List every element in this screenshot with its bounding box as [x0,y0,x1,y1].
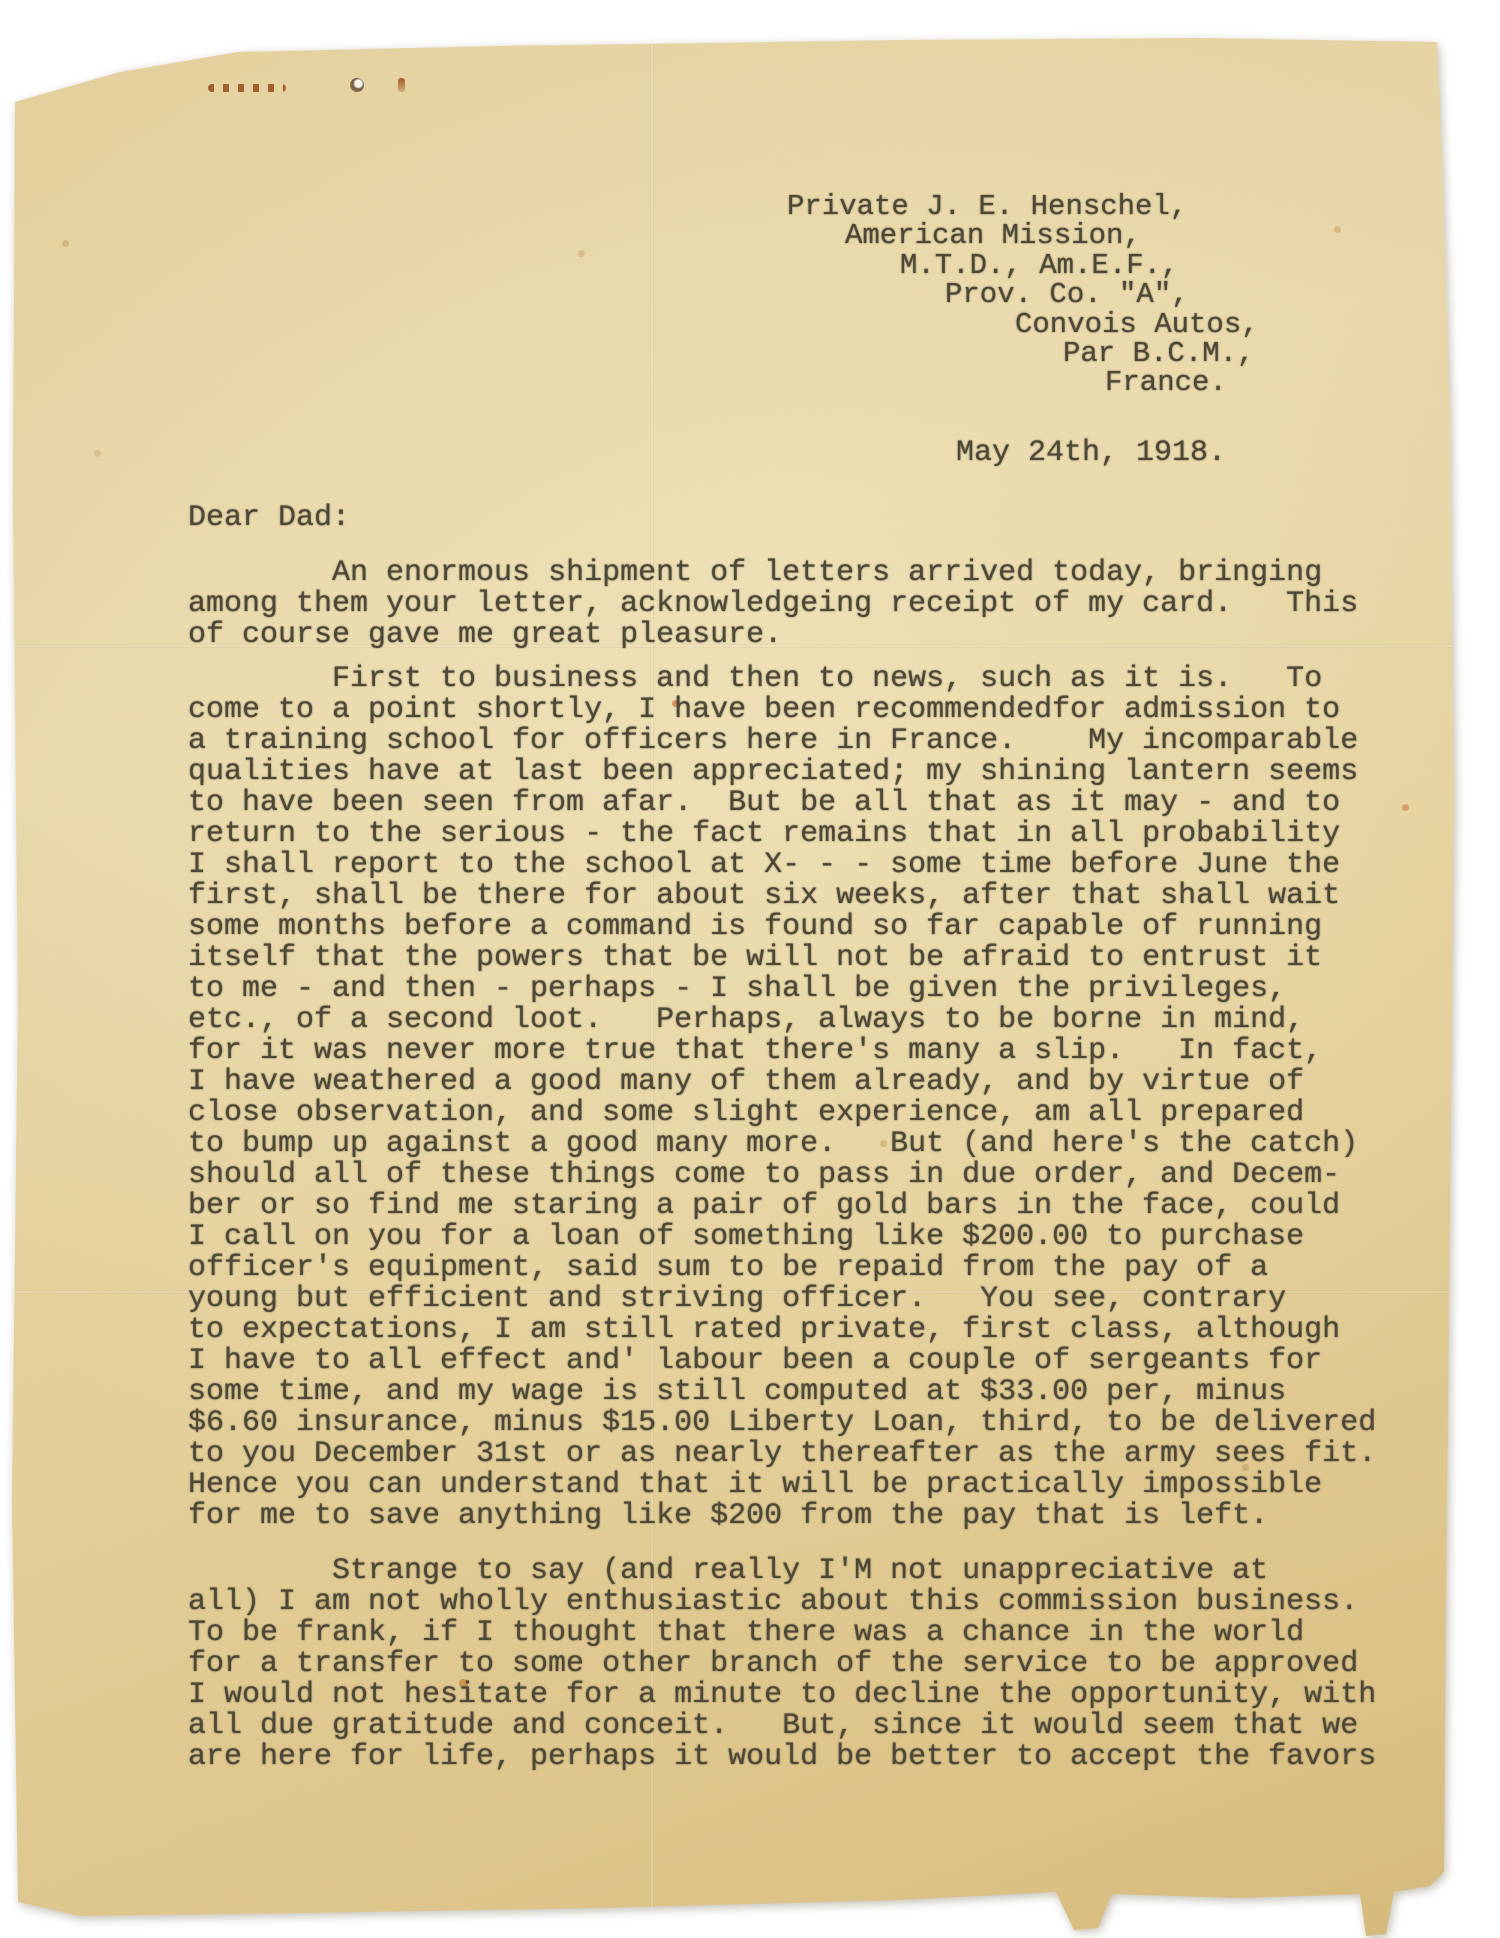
salutation: Dear Dad: [188,503,350,534]
letter-date: May 24th, 1918. [956,438,1226,469]
staple-rust-spot [350,78,364,92]
paper-shadow-wrapper: Private J. E. Henschel, American Mission… [0,0,1500,1938]
scan-background: Private J. E. Henschel, American Mission… [0,0,1500,1938]
sender-address-line: M.T.D., Am.E.F., [900,251,1178,280]
sender-address-line: American Mission, [845,221,1141,250]
sender-address-line: Prov. Co. "A", [945,280,1189,309]
letter-paper: Private J. E. Henschel, American Mission… [0,0,1500,1938]
body-paragraph: Strange to say (and really I'M not unapp… [188,1556,1458,1773]
rust-fleck [398,78,405,92]
sender-address-line: Convois Autos, [1015,310,1259,339]
sender-address-line: Par B.C.M., [1063,339,1254,368]
rust-stain [208,84,286,92]
foxing-spots [0,0,3,3]
body-paragraph: An enormous shipment of letters arrived … [188,558,1458,651]
sender-address-line: Private J. E. Henschel, [787,192,1187,221]
body-paragraph: First to business and then to news, such… [188,664,1458,1532]
sender-address-line: France. [1105,368,1227,397]
